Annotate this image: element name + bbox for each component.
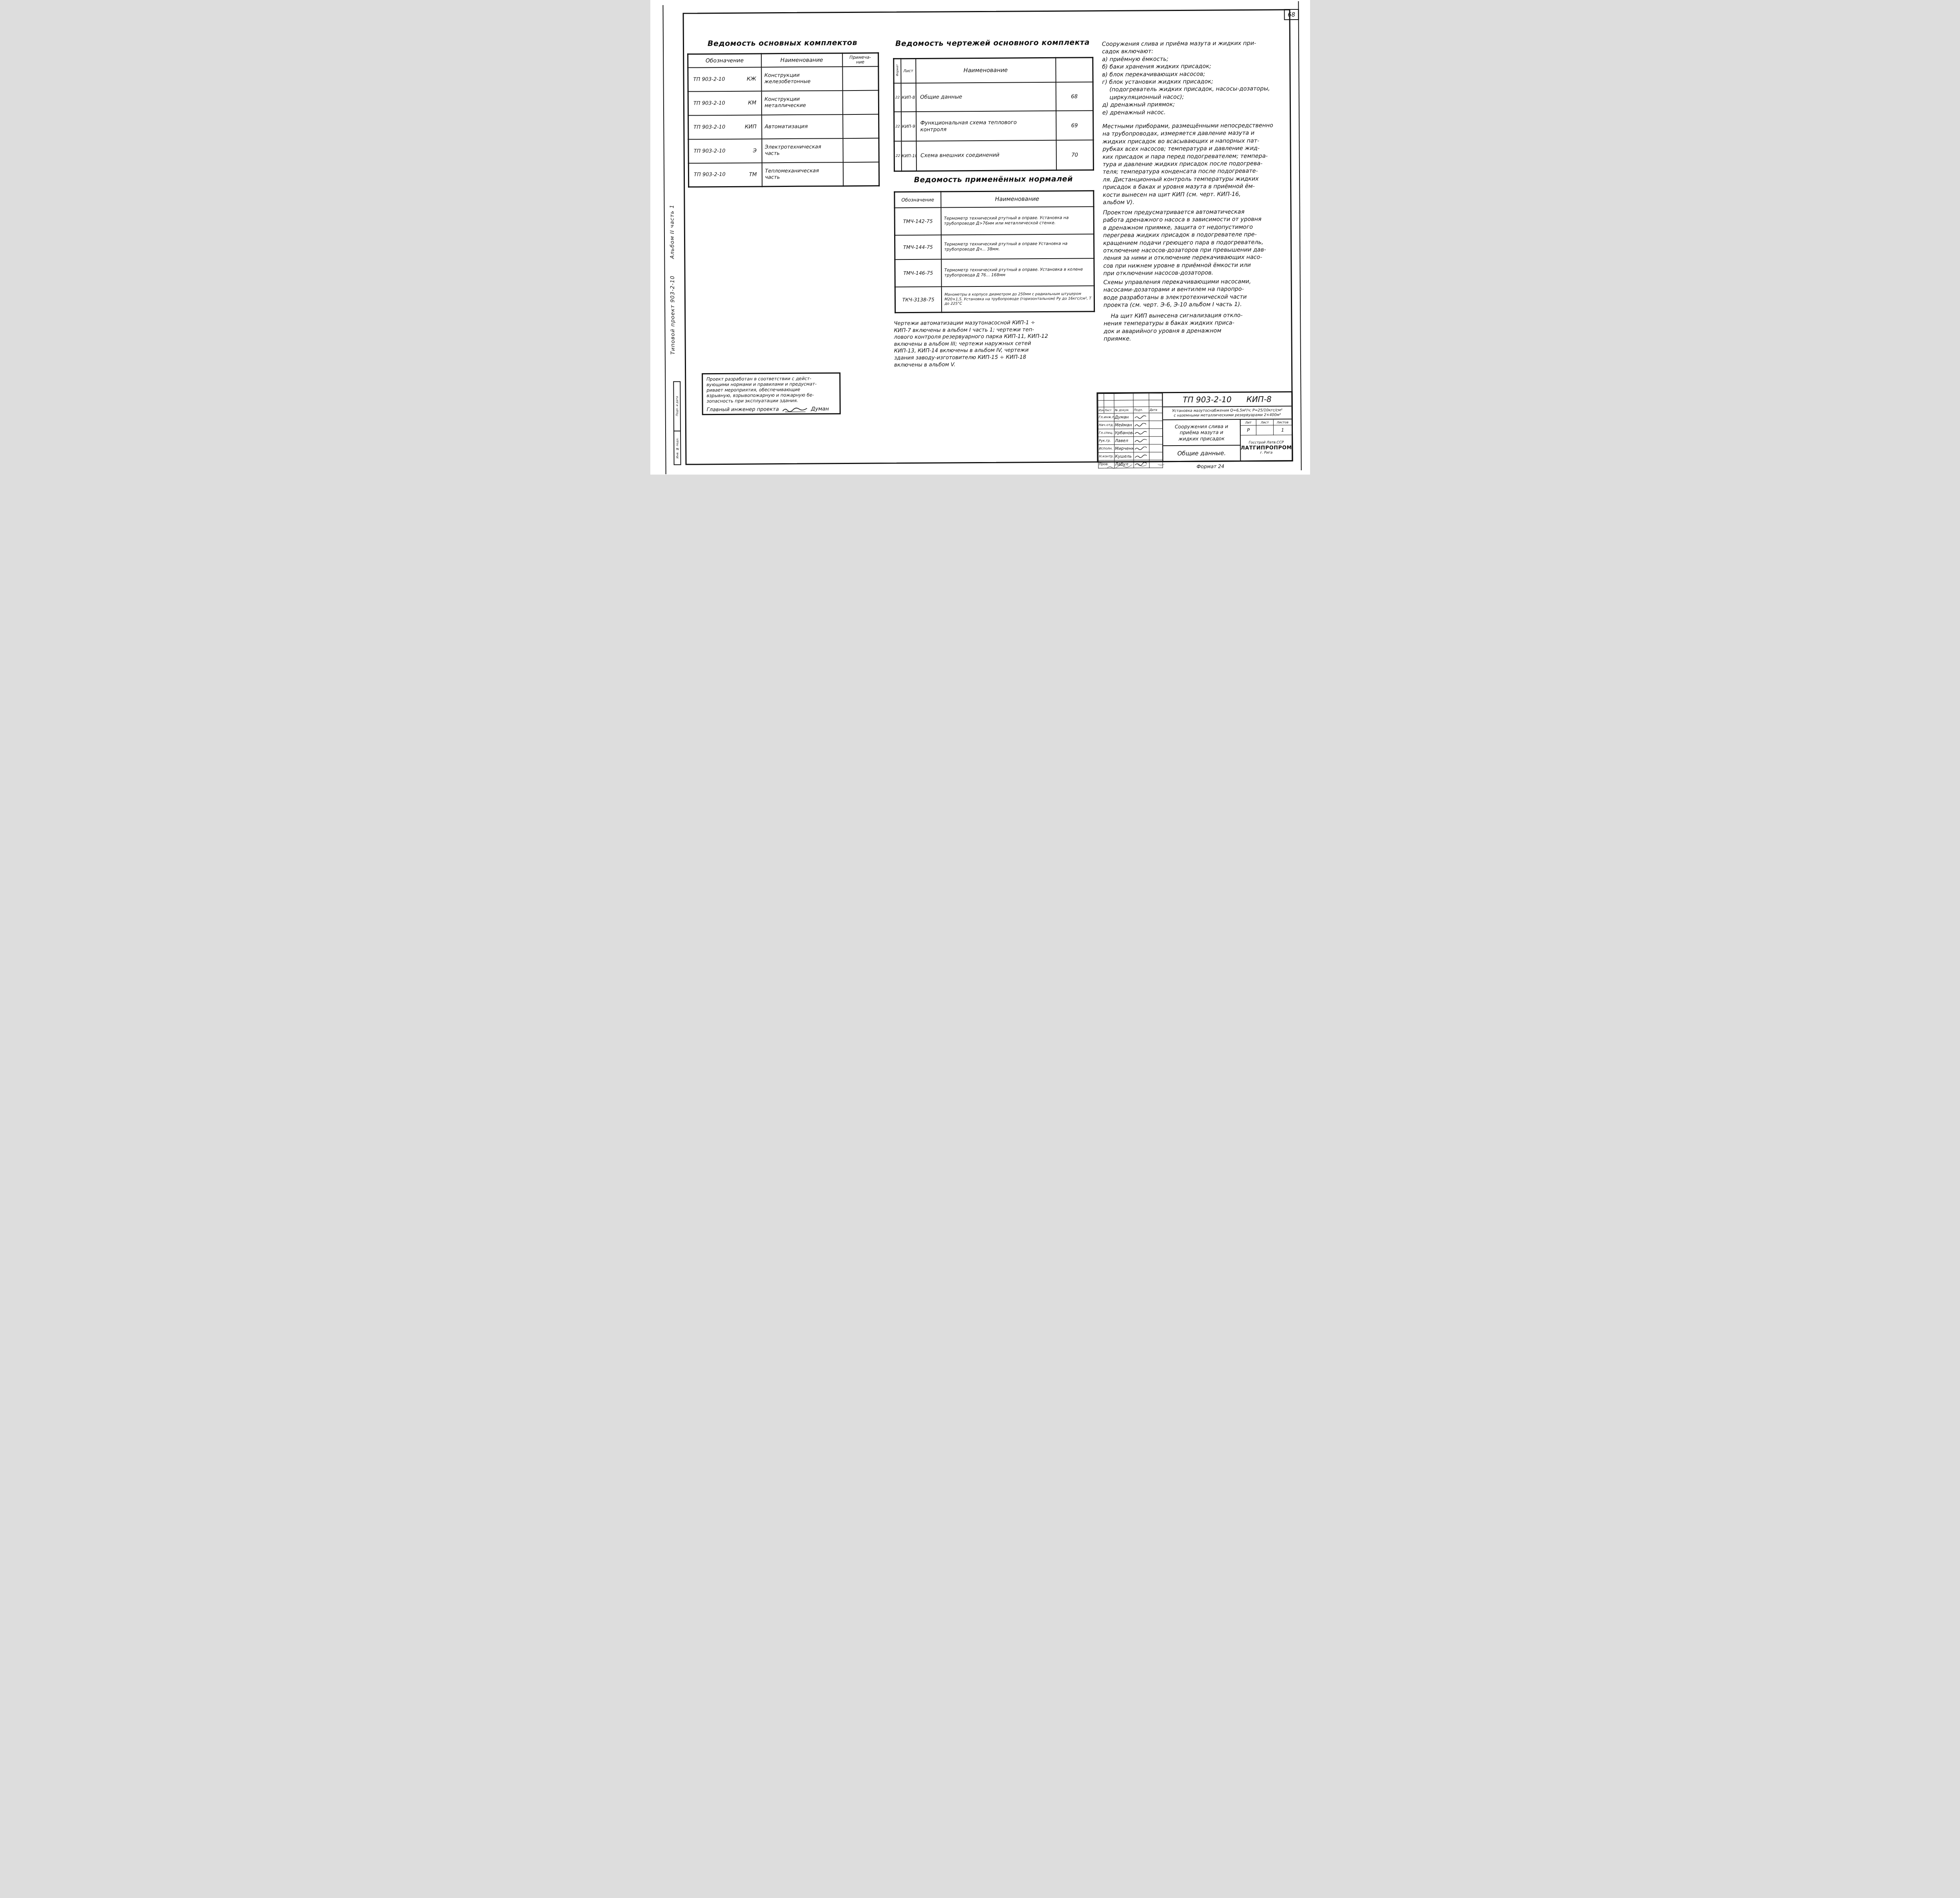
drawings-title: Ведомость чертежей основного комплекта [893, 38, 1092, 48]
signature-name: Лавел [1114, 437, 1133, 444]
signature-row: Рук.гр. Лавел [1098, 437, 1162, 445]
margin-box-podp: Подп. и дата [674, 382, 680, 431]
sheet-cell: КИП-9 [901, 112, 916, 141]
table-row: ТКЧ-3138-75 Манометры в корпусе диаметро… [895, 286, 1094, 313]
listov-label: Листов [1273, 419, 1291, 425]
paragraph-automation: Проектом предусматривается автоматическа… [1103, 208, 1296, 278]
normal-name: Термометр технический ртутный в оправе. … [941, 258, 1094, 286]
chief-engineer-row: Главный инженер проекта Думан [706, 406, 836, 413]
list-value [1256, 425, 1273, 435]
col-header-format: Формат [895, 59, 899, 81]
chief-engineer-role: Главный инженер проекта [706, 406, 779, 413]
drawings-table: Формат Лист Наименование 22 КИП-8 Общие … [893, 57, 1094, 172]
normal-designation: ТМЧ-146-75 [895, 259, 941, 287]
object-name-cell: Сооружения слива и приёма мазута и жидки… [1163, 420, 1240, 446]
signature-row: Исполн. Мирченко [1098, 444, 1162, 453]
project-note-box: Проект разработан в соответствии с дейст… [702, 372, 841, 415]
signature-scribble [1134, 415, 1147, 419]
organization-cell: Госстрой Латв.ССР ЛАТГИПРОПРОМ г. Рига [1241, 435, 1292, 460]
table-row: 22 КИП-10 Схема внешних соединений 70 [894, 140, 1093, 171]
signature-role: Исполн. [1098, 444, 1114, 452]
page-number: 68 [1287, 11, 1295, 18]
signature-grid: Изм. Лист № докум. Подп. Дата Гл.инж.пр.… [1098, 393, 1163, 468]
signature-name: Урбанова [1114, 429, 1133, 437]
table-row: ТМЧ-146-75 Термометр технический ртутный… [895, 258, 1094, 287]
paragraph-kip-panel: На щит КИП вынесена сигнализация откло- … [1103, 312, 1296, 343]
page-cell: 70 [1056, 140, 1093, 170]
normal-designation: ТМЧ-142-75 [895, 207, 941, 235]
signature-row: Гл.инж.пр. Думан [1098, 413, 1162, 421]
set-code: ТМ [749, 171, 757, 178]
chief-engineer-name: Думан [811, 406, 829, 412]
table-row: ТП 903-2-10КМ Конструкции металлические [688, 90, 878, 115]
project-name-cell: Установка мазутоснабжения Q=6,5м³/ч; Р=2… [1163, 406, 1291, 420]
format-cell: 22 [894, 141, 901, 171]
signature-role: Н.контр. [1098, 452, 1114, 460]
org-name: ЛАТГИПРОПРОМ [1240, 445, 1292, 451]
lit-area: Лит Лист Листов Р 1 Госстрой Латв.ССР ЛА… [1240, 419, 1292, 460]
col-izm: Изм. [1098, 407, 1104, 413]
signature-name: Мирченко [1114, 444, 1133, 452]
margin-project-note-text: Типовой проект 903-2-10 Альбом II часть … [668, 140, 676, 355]
doc-number: ТП 903-2-10 [1183, 395, 1232, 404]
table-row: 22 КИП-9 Функциональная схема теплового … [894, 111, 1093, 141]
table-row: ТМЧ-144-75 Термометр технический ртутный… [895, 234, 1094, 259]
col-header-sheet: Лист [900, 58, 915, 83]
signature-role: Гл.инж.пр. [1098, 413, 1114, 421]
col-header-page [1055, 58, 1093, 82]
col-header-name: Наименование [761, 53, 842, 67]
drawing-sheet: 68 Типовой проект 903-2-10 Альбом II час… [650, 0, 1310, 475]
stamp-right-part: ТП 903-2-10 КИП-8 Установка мазутоснабже… [1162, 392, 1292, 461]
margin-stamp-boxes: Подп. и дата Инв. № подл. [673, 381, 681, 465]
note-cell [843, 162, 879, 186]
faint-scribble [1106, 464, 1177, 470]
signature-row: Н.контр. Кушель [1098, 452, 1162, 460]
set-name: Конструкции железобетонные [761, 67, 842, 91]
table-row: ТП 903-2-10КЖ Конструкции железобетонные [688, 66, 878, 91]
signature-row: Нач.отд. Мейман [1098, 421, 1162, 429]
designation: ТП 903-2-10 [693, 148, 725, 154]
scan-content: 68 Типовой проект 903-2-10 Альбом II час… [650, 0, 1310, 475]
table-row: ТП 903-2-10КИП Автоматизация [688, 114, 878, 139]
revision-row [1098, 393, 1162, 401]
signature-role: Нач.отд. [1098, 421, 1114, 429]
format-note: Формат 24 [1196, 463, 1224, 469]
binding-edge-line [662, 5, 666, 474]
signature-name: Кушель [1114, 452, 1133, 460]
col-header-designation: Обозначение [688, 54, 761, 67]
drawing-name: Схема внешних соединений [916, 140, 1056, 171]
col-doc: № докум. [1114, 407, 1133, 413]
doc-number-cell: ТП 903-2-10 КИП-8 [1163, 392, 1291, 407]
sheet-code: КИП-8 [1246, 394, 1271, 404]
signature-scribble [1134, 446, 1147, 450]
signature-name: Думан [1114, 413, 1133, 421]
signature-grid-header: Изм. Лист № докум. Подп. Дата [1098, 407, 1162, 413]
designation: ТП 903-2-10 [693, 172, 725, 178]
main-sets-table: Обозначение Наименование Примеча- ние ТП… [687, 53, 880, 188]
sheet-title-cell: Общие данные. [1163, 446, 1241, 461]
page-cell: 68 [1056, 82, 1093, 111]
drawing-name: Общие данные [916, 82, 1056, 112]
table-row: ТП 903-2-10ТМ Тепломеханическая часть [688, 162, 879, 187]
normal-name: Термометр технический ртутный в оправе У… [941, 234, 1094, 259]
paragraph-structures: Сооружения слива и приёма мазута и жидки… [1102, 40, 1295, 117]
designation: ТП 903-2-10 [693, 124, 725, 130]
set-name: Конструкции металлические [761, 91, 842, 115]
page-cell: 69 [1056, 111, 1093, 140]
col-header-name: Наименование [915, 58, 1055, 83]
normal-designation: ТМЧ-144-75 [895, 235, 941, 259]
org-line1: Госстрой Латв.ССР [1249, 440, 1283, 446]
lit-value: Р [1240, 426, 1256, 435]
set-name: Автоматизация [761, 114, 842, 139]
signature-row: Гл.спец. Урбанова [1098, 429, 1162, 437]
col-date: Дата [1149, 407, 1162, 413]
signature-role: Гл.спец. [1098, 429, 1114, 437]
sheet-cell: КИП-8 [901, 83, 916, 112]
project-note-text: Проект разработан в соответствии с дейст… [706, 375, 836, 404]
signature-role: Рук.гр. [1098, 437, 1114, 444]
table-row: 22 КИП-8 Общие данные 68 [894, 82, 1093, 112]
list-label: Лист [1256, 419, 1273, 425]
col-header-designation: Обозначение [894, 192, 940, 208]
set-code: КЖ [746, 76, 756, 82]
note-cell [842, 114, 878, 138]
signature-scribble [1134, 454, 1147, 458]
normal-name: Термометр технический ртутный в оправе. … [941, 207, 1094, 235]
revision-row [1098, 400, 1162, 407]
set-code: КМ [748, 100, 756, 106]
main-sets-title: Ведомость основных комплектов [687, 38, 877, 48]
normals-table: Обозначение Наименование ТМЧ-142-75 Терм… [894, 190, 1095, 313]
signature-scribble [1134, 439, 1147, 442]
col-list: Лист [1104, 407, 1114, 413]
margin-project-note: Типовой проект 903-2-10 Альбом II часть … [668, 140, 679, 355]
format-cell: 22 [894, 83, 901, 112]
drawing-name: Функциональная схема теплового контроля [916, 111, 1056, 141]
paragraph-local-instruments: Местными приборами, размещёнными непосре… [1102, 122, 1296, 207]
normal-designation: ТКЧ-3138-75 [895, 286, 941, 313]
signature-scribble [1134, 431, 1147, 435]
col-sign: Подп. [1133, 407, 1149, 413]
signature-scribble [1134, 423, 1147, 427]
set-code: КИП [744, 123, 756, 130]
margin-box-inv-label: Инв. № подл. [675, 437, 679, 458]
page-number-cell: 68 [1284, 9, 1299, 20]
col-header-name: Наименование [940, 191, 1093, 207]
note-cell [842, 66, 878, 91]
right-edge-line [1298, 1, 1301, 470]
designation: ТП 903-2-10 [693, 100, 725, 106]
margin-box-inv: Инв. № подл. [674, 431, 681, 464]
note-cell [842, 90, 878, 114]
sheet-cell: КИП-10 [901, 141, 916, 171]
note-cell [842, 138, 878, 162]
signature-scribble [781, 407, 808, 412]
col-header-note: Примеча- ние [842, 53, 878, 67]
designation: ТП 903-2-10 [693, 76, 725, 82]
table-row: ТМЧ-142-75 Термометр технический ртутный… [895, 207, 1094, 235]
lit-label: Лит [1240, 420, 1256, 426]
albums-note: Чертежи автоматизации мазутонасосной КИП… [894, 319, 1098, 368]
project-name-line2: с наземными металлическими резервуарами … [1174, 413, 1281, 418]
signature-name: Мейман [1114, 421, 1133, 429]
listov-value: 1 [1273, 425, 1291, 435]
margin-box-podp-label: Подп. и дата [675, 396, 679, 416]
title-block: Изм. Лист № докум. Подп. Дата Гл.инж.пр.… [1096, 391, 1293, 462]
normals-title: Ведомость применённых нормалей [894, 174, 1093, 184]
set-name: Тепломеханическая часть [762, 162, 843, 187]
paragraph-control-schemes: Схемы управления перекачивающими насосам… [1103, 278, 1296, 310]
set-name: Электротехническая часть [761, 138, 842, 163]
normal-name: Манометры в корпусе диаметром до 250мм с… [941, 286, 1094, 312]
org-city: г. Рига [1260, 450, 1272, 455]
set-code: Э [753, 147, 757, 154]
format-cell: 22 [894, 112, 901, 141]
table-row: ТП 903-2-10Э Электротехническая часть [688, 138, 878, 163]
